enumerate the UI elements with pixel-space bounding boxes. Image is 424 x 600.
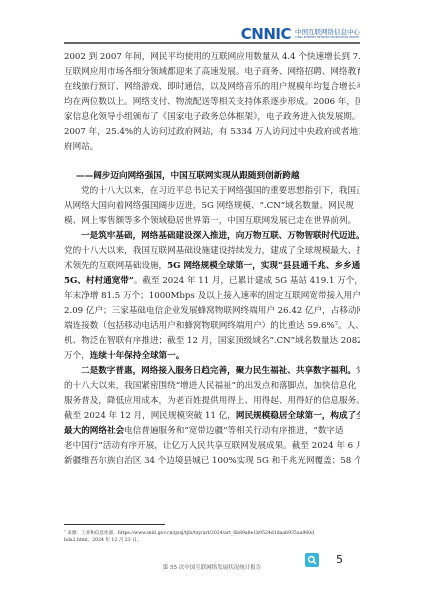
footnote-line: ⁷ 来源：工业和信息化部，https://www.miit.gov.cn/gxs…	[64, 530, 364, 537]
text-span: 术领先的互联网基础设施，	[64, 261, 167, 271]
footnote-divider	[64, 524, 165, 525]
text-line: 端连接数（包括移动电话用户和蜂窝物联网终端用户）的比重达 59.6%⁷。人、	[64, 319, 360, 334]
text-line: 二是数字普惠，网络接入服务日趋完善，聚力民生福祉、共享数字福利。党	[64, 364, 360, 379]
text-line: 府网站。	[64, 140, 360, 155]
text-line: 从网络大国向着网络强国阔步迈进，5G 网络规模、“.CN”域名数量、网民规	[64, 199, 360, 214]
text-span: 截至 2024 年 12 月，网民规模突破 11 亿，	[64, 411, 236, 421]
text-line: 服务普及，降低应用成本，为老百姓提供用得上、用得起、用得好的信息服务。	[64, 394, 360, 409]
text-span: 。截至 2024 年 11 月，已累计建成 5G 基站 419.1 万个，比上	[134, 276, 360, 286]
text-line: 的十八大以来，我国紧密围绕“增进人民福祉”的出发点和落脚点，加快信息化	[64, 379, 360, 394]
paragraph-4: 二是数字普惠，网络接入服务日趋完善，聚力民生福祉、共享数字福利。党 的十八大以来…	[64, 364, 360, 469]
text-line: 年末净增 81.5 万个；1000Mbps 及以上接入速率的固定互联网宽带接入用…	[64, 289, 360, 304]
cnnic-logo: CNNIC	[241, 27, 291, 41]
text-line: 2002 到 2007 年间，网民平均使用的互联网应用数量从 4.4 个快速增长…	[64, 50, 360, 65]
text-line: 均在两位数以上。网络支付、物流配送等相关支持体系逐步形成。2006 年，国	[64, 95, 360, 110]
lead-sentence: 一是筑牢基础，网络基础建设深入推进，向万物互联、万物智联时代迈进。	[64, 229, 360, 244]
text-line: 在线旅行预订、网络游戏、即时通信，以及网络音乐的用户规模年均复合增长率	[64, 80, 360, 95]
text-span: 党	[356, 366, 360, 376]
text-line: 2007 年，25.4%的人访问过政府网站，有 5334 万人访问过中央政府或者…	[64, 125, 360, 140]
org-name: 中国互联网络信息中心	[295, 29, 360, 36]
paragraph-3: 一是筑牢基础，网络基础建设深入推进，向万物互联、万物智联时代迈进。 党的十八大以…	[64, 229, 360, 364]
paragraph-2: 党的十八大以来，在习近平总书记关于网络强国的重要思想指引下，我国正 从网络大国向…	[64, 184, 360, 229]
paragraph-1: 2002 到 2007 年间，网民平均使用的互联网应用数量从 4.4 个快速增长…	[64, 50, 360, 155]
bold-span: 连续十年保持全球第一。	[90, 351, 185, 361]
text-line: 最大的网络社会电信普遍服务和“宽带边疆”等相关行动有序推进，“数字适	[64, 424, 360, 439]
bold-span: 最大的网络社会	[64, 426, 124, 436]
lead-sentence: 二是数字普惠，网络接入服务日趋完善，聚力民生福祉、共享数字福利。	[81, 366, 356, 376]
text-line: 术领先的互联网基础设施，5G 网络规模全球第一，实现“县县通千兆、乡乡通	[64, 259, 360, 274]
page-number: 5	[336, 553, 343, 566]
footnote-line: bda2.html，2024 年 12 月 23 日。	[64, 537, 364, 544]
text-line: 家信息化领导小组颁布了《国家电子政务总体框架》，电子政务进入快发展期。	[64, 110, 360, 125]
text-line: 老中国行”活动有序开展，让亿万人民共享互联网发展成果。截至 2024 年 6 月…	[64, 439, 360, 454]
text-line: 5G、村村通宽带”。截至 2024 年 11 月，已累计建成 5G 基站 419…	[64, 274, 360, 289]
footnote: ⁷ 来源：工业和信息化部，https://www.miit.gov.cn/gxs…	[64, 530, 364, 544]
text-line: 万个，连续十年保持全球第一。	[64, 349, 360, 364]
text-line: 机、物泛在智联有序推进；截至 12 月，国家顶级域名“.CN”域名数量达 208…	[64, 334, 360, 349]
document-body: 2002 到 2007 年间，网民平均使用的互联网应用数量从 4.4 个快速增长…	[64, 50, 360, 469]
bold-span: 5G 网络规模全球第一，实现“县县通千兆、乡乡通	[167, 261, 360, 271]
magnifier-icon	[305, 553, 319, 567]
text-span: 电信普遍服务和“宽带边疆”等相关行动有序推进，“数字适	[124, 426, 343, 436]
page-header: CNNIC 中国互联网络信息中心 CHINA INTERNET NETWORK …	[64, 26, 360, 42]
bold-span: 网民规模稳居全球第一，构成了全球	[236, 411, 360, 421]
text-span: 万个，	[64, 351, 90, 361]
text-line: 党的十八大以来，我国互联网基础设施建设持续发力，建成了全球规模最大、技	[64, 244, 360, 259]
org-name-block: 中国互联网络信息中心 CHINA INTERNET NETWORK INFORM…	[295, 29, 360, 39]
text-line: 截至 2024 年 12 月，网民规模突破 11 亿，网民规模稳居全球第一，构成…	[64, 409, 360, 424]
text-line: 模、网上零售额等多个领域稳居世界第一，中国互联网发展已走在世界前列。	[64, 214, 360, 229]
org-name-en: CHINA INTERNET NETWORK INFORMATION CENTE…	[295, 36, 360, 39]
text-line: 2.09 亿户；三家基础电信企业发展蜂窝物联网终端用户 26.42 亿户，占移动…	[64, 304, 360, 319]
bold-span: 5G、村村通宽带”	[64, 276, 134, 286]
report-title: 第 55 次中国互联网络发展状况统计报告	[0, 563, 424, 571]
header-divider	[64, 42, 360, 44]
text-line: 互联网应用市场各细分领域都迎来了高速发展。电子商务、网络招聘、网络教育、	[64, 65, 360, 80]
text-line: 新疆维吾尔族自治区 34 个边境县城已 100%实现 5G 和千兆光网覆盖；58…	[64, 454, 360, 469]
section-heading: ——阔步迈向网络强国，中国互联网实现从跟随到创新跨越	[64, 169, 360, 184]
text-line: 党的十八大以来，在习近平总书记关于网络强国的重要思想指引下，我国正	[64, 184, 360, 199]
